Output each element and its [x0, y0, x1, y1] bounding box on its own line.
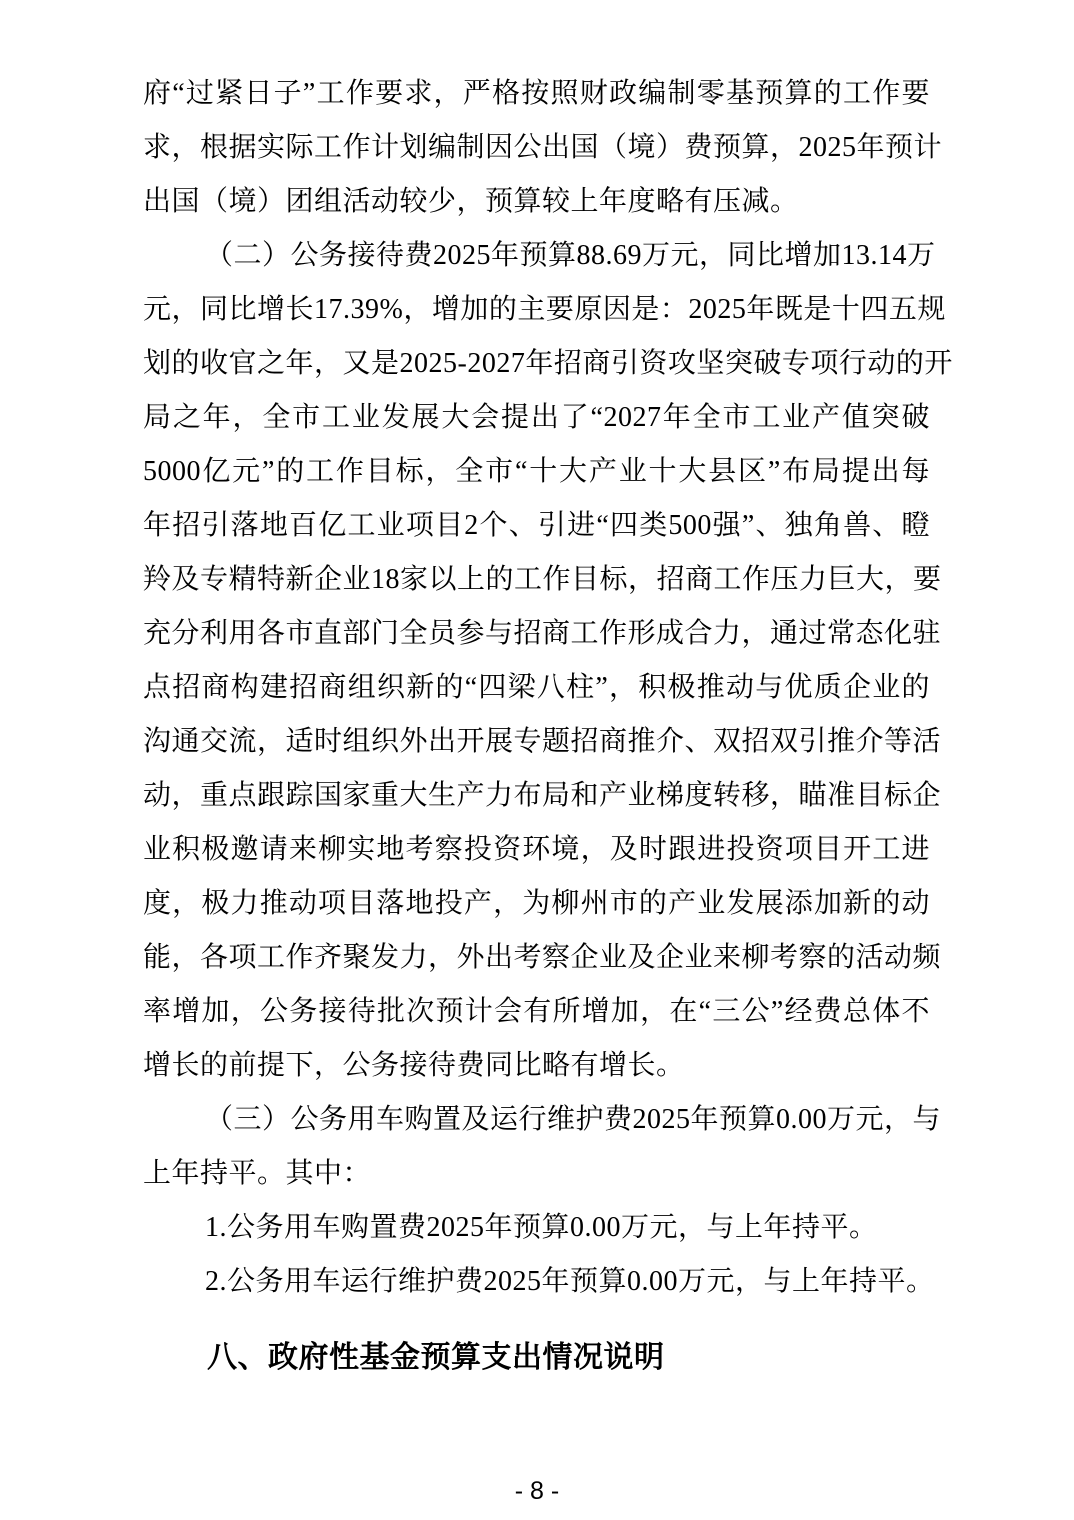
- paragraph-5: 2.公务用车运行维护费2025年预算0.00万元，与上年持平。: [143, 1255, 930, 1309]
- document-body: 府“过紧日子”工作要求，严格按照财政编制零基预算的工作要求，根据实际工作计划编制…: [143, 67, 930, 1309]
- text-line: 沟通交流，适时组织外出开展专题招商推介、双招双引推介等活: [143, 715, 930, 769]
- text-line: 5000亿元”的工作目标，全市“十大产业十大县区”布局提出每: [143, 445, 930, 499]
- text-line: （三）公务用车购置及运行维护费2025年预算0.00万元，与: [143, 1093, 930, 1147]
- paragraph-2: （二）公务接待费2025年预算88.69万元，同比增加13.14万元，同比增长1…: [143, 229, 930, 1093]
- section-heading: 八、政府性基金预算支出情况说明: [143, 1336, 994, 1380]
- text-line: 出国（境）团组活动较少，预算较上年度略有压减。: [143, 175, 930, 229]
- text-line: 度，极力推动项目落地投产，为柳州市的产业发展添加新的动: [143, 877, 930, 931]
- paragraph-3: （三）公务用车购置及运行维护费2025年预算0.00万元，与上年持平。其中：: [143, 1093, 930, 1201]
- text-line: 能，各项工作齐聚发力，外出考察企业及企业来柳考察的活动频: [143, 931, 930, 985]
- text-line: 业积极邀请来柳实地考察投资环境，及时跟进投资项目开工进: [143, 823, 930, 877]
- paragraph-1: 府“过紧日子”工作要求，严格按照财政编制零基预算的工作要求，根据实际工作计划编制…: [143, 67, 930, 229]
- text-line: 局之年，全市工业发展大会提出了“2027年全市工业产值突破: [143, 391, 930, 445]
- text-line: 充分利用各市直部门全员参与招商工作形成合力，通过常态化驻: [143, 607, 930, 661]
- text-line: 求，根据实际工作计划编制因公出国（境）费预算，2025年预计: [143, 121, 930, 175]
- paragraph-4: 1.公务用车购置费2025年预算0.00万元，与上年持平。: [143, 1201, 930, 1255]
- text-line: 府“过紧日子”工作要求，严格按照财政编制零基预算的工作要: [143, 67, 930, 121]
- text-line: 率增加，公务接待批次预计会有所增加，在“三公”经费总体不: [143, 985, 930, 1039]
- document-page: 府“过紧日子”工作要求，严格按照财政编制零基预算的工作要求，根据实际工作计划编制…: [0, 0, 1074, 1520]
- text-line: 元，同比增长17.39%，增加的主要原因是：2025年既是十四五规: [143, 283, 930, 337]
- text-line: 2.公务用车运行维护费2025年预算0.00万元，与上年持平。: [143, 1255, 930, 1309]
- text-line: 点招商构建招商组织新的“四梁八柱”，积极推动与优质企业的: [143, 661, 930, 715]
- text-line: 划的收官之年，又是2025-2027年招商引资攻坚突破专项行动的开: [143, 337, 930, 391]
- text-line: 1.公务用车购置费2025年预算0.00万元，与上年持平。: [143, 1201, 930, 1255]
- text-line: 年招引落地百亿工业项目2个、引进“四类500强”、独角兽、瞪: [143, 499, 930, 553]
- text-line: 增长的前提下，公务接待费同比略有增长。: [143, 1039, 930, 1093]
- page-number: - 8 -: [0, 1476, 1074, 1506]
- text-line: 上年持平。其中：: [143, 1147, 930, 1201]
- text-line: 羚及专精特新企业18家以上的工作目标，招商工作压力巨大，要: [143, 553, 930, 607]
- text-line: 动，重点跟踪国家重大生产力布局和产业梯度转移，瞄准目标企: [143, 769, 930, 823]
- text-line: （二）公务接待费2025年预算88.69万元，同比增加13.14万: [143, 229, 930, 283]
